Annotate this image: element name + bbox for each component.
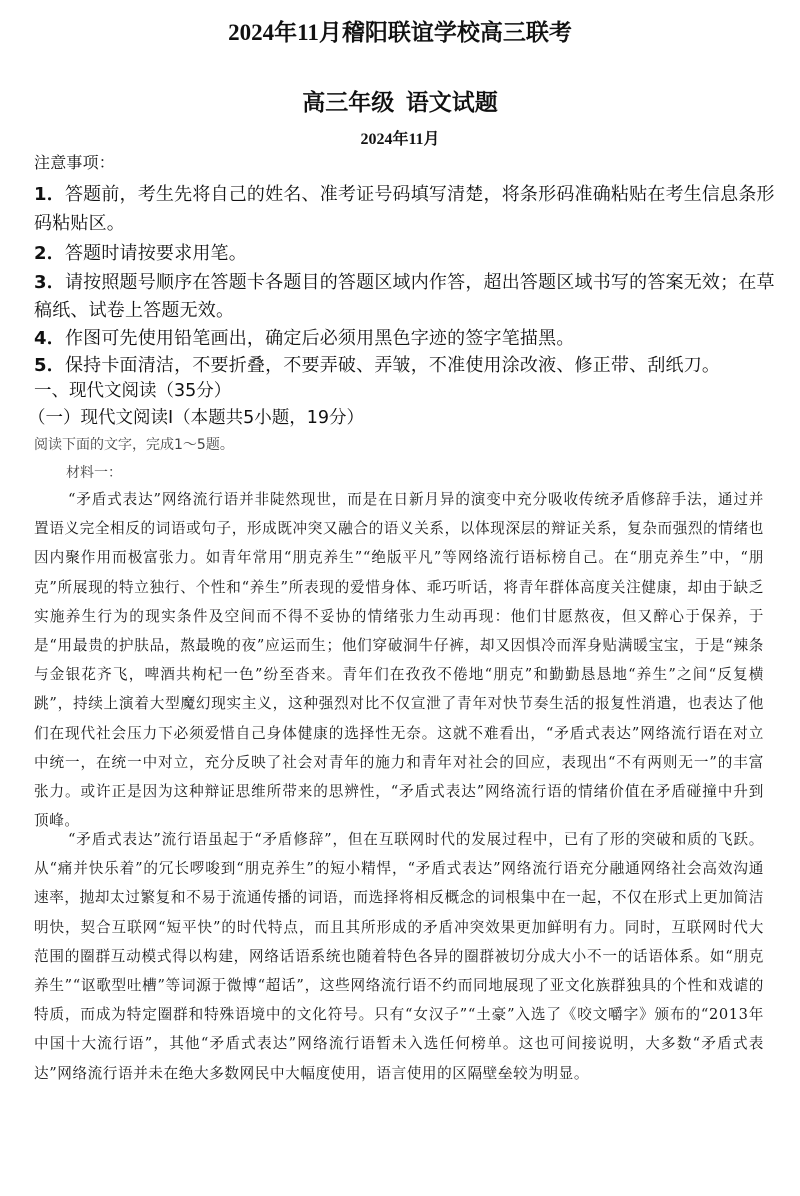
notice-item-2: 2．答题时请按要求用笔。 (34, 239, 247, 265)
exam-title: 2024年11月稽阳联谊学校高三联考 (0, 14, 800, 47)
notice-item-5: 5．保持卡面清洁，不要折叠，不要弄破、弄皱，不准使用涂改液、修正带、刮纸刀。 (34, 351, 720, 377)
paragraph-text: “矛盾式表达”网络流行语并非陡然现世，而是在日新月异的演变中充分吸收传统矛盾修辞… (34, 491, 764, 829)
exam-subtitle: 高三年级 语文试题 (0, 84, 800, 117)
section-subheading: （一）现代文阅读Ⅰ（本题共5小题，19分） (28, 404, 364, 429)
item-text: 作图可先使用铅笔画出，确定后必须用黑色字迹的签字笔描黑。 (65, 328, 575, 349)
item-number: 4． (34, 328, 65, 349)
notice-item-4: 4．作图可先使用铅笔画出，确定后必须用黑色字迹的签字笔描黑。 (34, 324, 575, 350)
section-heading: 一、现代文阅读（35分） (34, 377, 231, 402)
item-number: 3． (34, 272, 65, 293)
exam-date: 2024年11月 (0, 126, 800, 149)
paragraph-text: “矛盾式表达”流行语虽起于“矛盾修辞”，但在互联网时代的发展过程中，已有了形的突… (34, 831, 764, 1082)
notice-heading: 注意事项： (34, 150, 115, 173)
item-number: 2． (34, 243, 65, 264)
item-number: 1． (34, 184, 65, 205)
item-text: 请按照题号顺序在答题卡各题目的答题区域内作答，超出答题区域书写的答案无效；在草 (65, 272, 775, 293)
item-number: 5． (34, 355, 65, 376)
passage-paragraph-1: “矛盾式表达”网络流行语并非陡然现世，而是在日新月异的演变中充分吸收传统矛盾修辞… (34, 485, 764, 835)
reading-instruction: 阅读下面的文字，完成1～5题。 (34, 434, 234, 454)
item-text: 保持卡面清洁，不要折叠，不要弄破、弄皱，不准使用涂改液、修正带、刮纸刀。 (65, 355, 720, 376)
passage-paragraph-2: “矛盾式表达”流行语虽起于“矛盾修辞”，但在互联网时代的发展过程中，已有了形的突… (34, 825, 764, 1088)
notice-item-1: 1．答题前，考生先将自己的姓名、准考证号码填写清楚，将条形码准确粘贴在考生信息条… (34, 180, 775, 206)
notice-item-3-cont: 稿纸、试卷上答题无效。 (34, 296, 234, 322)
item-text: 答题前，考生先将自己的姓名、准考证号码填写清楚，将条形码准确粘贴在考生信息条形 (65, 184, 775, 205)
item-text: 答题时请按要求用笔。 (65, 243, 247, 264)
notice-item-3: 3．请按照题号顺序在答题卡各题目的答题区域内作答，超出答题区域书写的答案无效；在… (34, 268, 775, 294)
notice-item-1-cont: 码粘贴区。 (34, 209, 125, 235)
material-label: 材料一： (66, 462, 122, 482)
